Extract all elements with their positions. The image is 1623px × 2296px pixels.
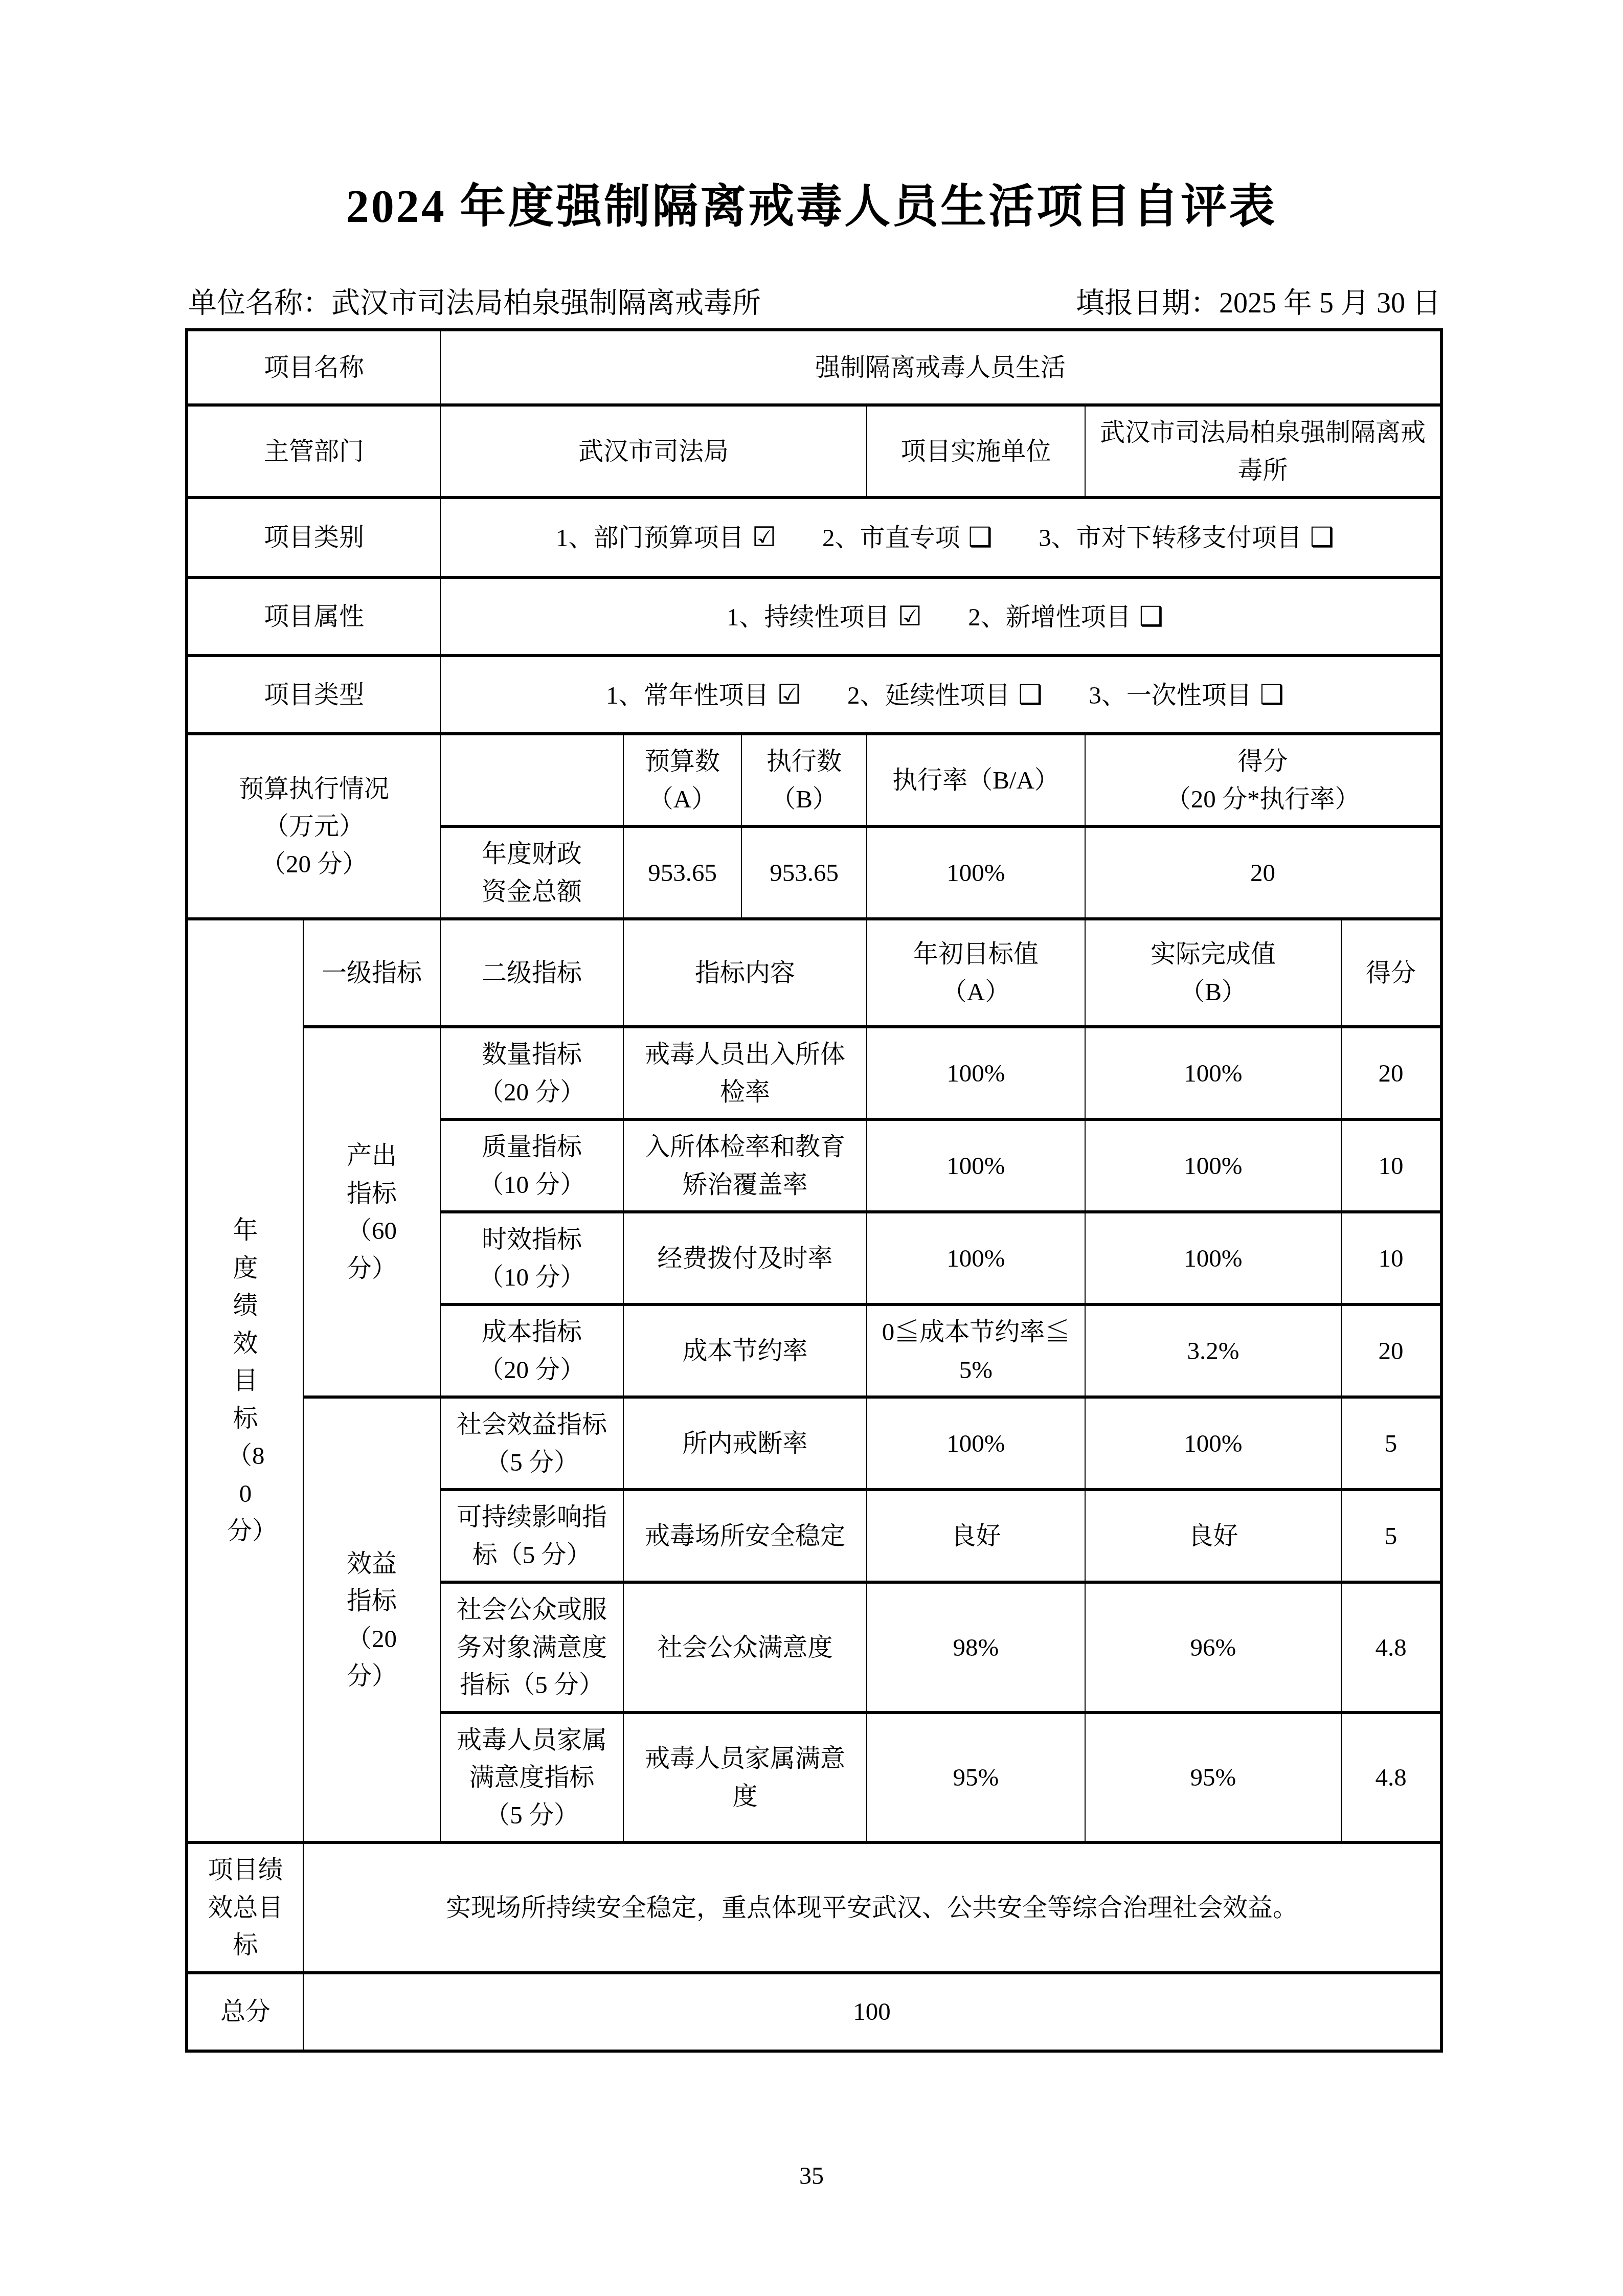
checkbox-unchecked-icon: ❑ [1260,679,1284,710]
project-name-label: 项目名称 [187,330,440,405]
budget-empty-cell [440,734,623,826]
indicator-content: 入所体检率和教育矫治覆盖率 [623,1119,867,1212]
secondary-indicator: 数量指标 （20 分） [440,1027,623,1119]
indicator-content: 所内戒断率 [623,1397,867,1490]
option-item: 2、延续性项目❑ [847,674,1043,715]
attribute-label: 项目属性 [187,577,440,656]
target-value: 良好 [867,1490,1085,1582]
option-label: 1、部门预算项目 [556,524,744,552]
project-name-value: 强制隔离戒毒人员生活 [440,330,1441,405]
table-row: 主管部门 武汉市司法局 项目实施单位 武汉市司法局柏泉强制隔离戒毒所 [187,405,1441,498]
budget-col-exec: 执行数 （B） [741,734,867,826]
group-benefit-label: 效益指标（20 分） [303,1397,440,1842]
option-item: 3、市对下转移支付项目❑ [1039,517,1334,557]
category-label: 项目类别 [187,498,440,577]
table-row: 项目类型 1、常年性项目☑ 2、延续性项目❑ 3、一次性项目❑ [187,656,1441,734]
table-row: 年度绩效目标（80分） 一级指标 二级指标 指标内容 年初目标值 （A） 实际完… [187,919,1441,1027]
total-score-label: 总分 [187,1973,303,2051]
indicator-content: 戒毒场所安全稳定 [623,1490,867,1582]
category-options: 1、部门预算项目☑ 2、市直专项❑ 3、市对下转移支付项目❑ [440,498,1441,577]
checkbox-unchecked-icon: ❑ [1019,679,1043,710]
target-value: 100% [867,1027,1085,1119]
option-item: 2、市直专项❑ [822,517,993,557]
annual-goal-label: 年度绩效目标（80分） [187,919,303,1842]
impl-unit-value: 武汉市司法局柏泉强制隔离戒毒所 [1085,405,1441,498]
secondary-indicator: 社会公众或服务对象满意度指标（5 分） [440,1582,623,1713]
indicator-content: 成本节约率 [623,1304,867,1397]
overall-goal-label: 项目绩效总目标 [187,1842,303,1973]
actual-value: 良好 [1085,1490,1341,1582]
option-item: 1、持续性项目☑ [727,596,922,637]
option-item: 1、部门预算项目☑ [556,517,776,557]
table-row: 项目绩效总目标 实现场所持续安全稳定，重点体现平安武汉、公共安全等综合治理社会效… [187,1842,1441,1973]
budget-col-budget: 预算数 （A） [623,734,741,826]
checkbox-checked-icon: ☑ [777,679,801,710]
checkbox-unchecked-icon: ❑ [1139,601,1163,632]
actual-value: 100% [1085,1397,1341,1490]
indicator-content: 戒毒人员出入所体检率 [623,1027,867,1119]
indicator-content: 戒毒人员家属满意度 [623,1713,867,1843]
checkbox-unchecked-icon: ❑ [1310,522,1334,553]
actual-value: 100% [1085,1027,1341,1119]
checkbox-unchecked-icon: ❑ [968,522,993,553]
total-score-value: 100 [303,1973,1441,2051]
score-value: 4.8 [1341,1713,1441,1843]
header-target-value: 年初目标值 （A） [867,919,1085,1027]
table-row: 产出指标（60 分） 数量指标 （20 分） 戒毒人员出入所体检率 100% 1… [187,1027,1441,1119]
target-value: 100% [867,1212,1085,1304]
report-date: 填报日期：2025 年 5 月 30 日 [1076,280,1441,321]
exec-value: 953.65 [741,826,867,919]
header-indicator-content: 指标内容 [623,919,867,1027]
overall-goal-text: 实现场所持续安全稳定，重点体现平安武汉、公共安全等综合治理社会效益。 [303,1842,1441,1973]
option-label: 1、常年性项目 [606,681,769,709]
option-item: 3、一次性项目❑ [1089,674,1284,715]
table-row: 效益指标（20 分） 社会效益指标（5 分） 所内戒断率 100% 100% 5 [187,1397,1441,1490]
unit-name: 单位名称：武汉市司法局柏泉强制隔离戒毒所 [188,280,761,321]
table-row: 项目名称 强制隔离戒毒人员生活 [187,330,1441,405]
actual-value: 3.2% [1085,1304,1341,1397]
header-primary-indicator: 一级指标 [303,919,440,1027]
target-value: 98% [867,1582,1085,1713]
option-label: 2、延续性项目 [847,681,1010,709]
indicator-content: 社会公众满意度 [623,1582,867,1713]
score-value: 20 [1341,1027,1441,1119]
dept-label: 主管部门 [187,405,440,498]
actual-value: 100% [1085,1212,1341,1304]
header-score: 得分 [1341,919,1441,1027]
target-value: 95% [867,1713,1085,1843]
score-value: 5 [1341,1397,1441,1490]
table-row: 项目类别 1、部门预算项目☑ 2、市直专项❑ 3、市对下转移支付项目❑ [187,498,1441,577]
budget-col-rate: 执行率（B/A） [867,734,1085,826]
target-value: 100% [867,1397,1085,1490]
budget-col-score: 得分 （20 分*执行率） [1085,734,1441,826]
target-value: 0≦成本节约率≦5% [867,1304,1085,1397]
option-item: 2、新增性项目❑ [968,596,1163,637]
option-label: 1、持续性项目 [727,603,890,631]
actual-value: 96% [1085,1582,1341,1713]
page-title: 2024 年度强制隔离戒毒人员生活项目自评表 [0,169,1623,235]
page-number: 35 [0,2162,1623,2190]
secondary-indicator: 社会效益指标（5 分） [440,1397,623,1490]
checkbox-checked-icon: ☑ [752,522,776,553]
secondary-indicator: 可持续影响指标（5 分） [440,1490,623,1582]
target-value: 100% [867,1119,1085,1212]
actual-value: 95% [1085,1713,1341,1843]
rate-value: 100% [867,826,1085,919]
budget-section-label: 预算执行情况 （万元） （20 分） [187,734,440,919]
group-output-label: 产出指标（60 分） [303,1027,440,1397]
table-row: 预算执行情况 （万元） （20 分） 预算数 （A） 执行数 （B） 执行率（B… [187,734,1441,826]
option-label: 3、市对下转移支付项目 [1039,524,1302,552]
score-value: 4.8 [1341,1582,1441,1713]
header-actual-value: 实际完成值 （B） [1085,919,1341,1027]
type-options: 1、常年性项目☑ 2、延续性项目❑ 3、一次性项目❑ [440,656,1441,734]
budget-score-value: 20 [1085,826,1441,919]
score-value: 5 [1341,1490,1441,1582]
document-meta-line: 单位名称：武汉市司法局柏泉强制隔离戒毒所 填报日期：2025 年 5 月 30 … [188,280,1441,321]
secondary-indicator: 质量指标 （10 分） [440,1119,623,1212]
secondary-indicator: 时效指标 （10 分） [440,1212,623,1304]
option-label: 2、市直专项 [822,524,960,552]
type-label: 项目类型 [187,656,440,734]
score-value: 10 [1341,1212,1441,1304]
impl-unit-label: 项目实施单位 [867,405,1085,498]
attribute-options: 1、持续性项目☑ 2、新增性项目❑ [440,577,1441,656]
budget-row-label: 年度财政 资金总额 [440,826,623,919]
score-value: 10 [1341,1119,1441,1212]
budget-value: 953.65 [623,826,741,919]
actual-value: 100% [1085,1119,1341,1212]
option-label: 3、一次性项目 [1089,681,1252,709]
table-row: 项目属性 1、持续性项目☑ 2、新增性项目❑ [187,577,1441,656]
secondary-indicator: 成本指标 （20 分） [440,1304,623,1397]
score-value: 20 [1341,1304,1441,1397]
indicator-content: 经费拨付及时率 [623,1212,867,1304]
dept-value: 武汉市司法局 [440,405,867,498]
checkbox-checked-icon: ☑ [897,601,921,632]
evaluation-table: 项目名称 强制隔离戒毒人员生活 主管部门 武汉市司法局 项目实施单位 武汉市司法… [185,328,1443,2053]
option-label: 2、新增性项目 [968,603,1131,631]
secondary-indicator: 戒毒人员家属满意度指标（5 分） [440,1713,623,1843]
document-page: 2024 年度强制隔离戒毒人员生活项目自评表 单位名称：武汉市司法局柏泉强制隔离… [0,0,1623,2296]
header-secondary-indicator: 二级指标 [440,919,623,1027]
option-item: 1、常年性项目☑ [606,674,801,715]
table-row: 总分 100 [187,1973,1441,2051]
